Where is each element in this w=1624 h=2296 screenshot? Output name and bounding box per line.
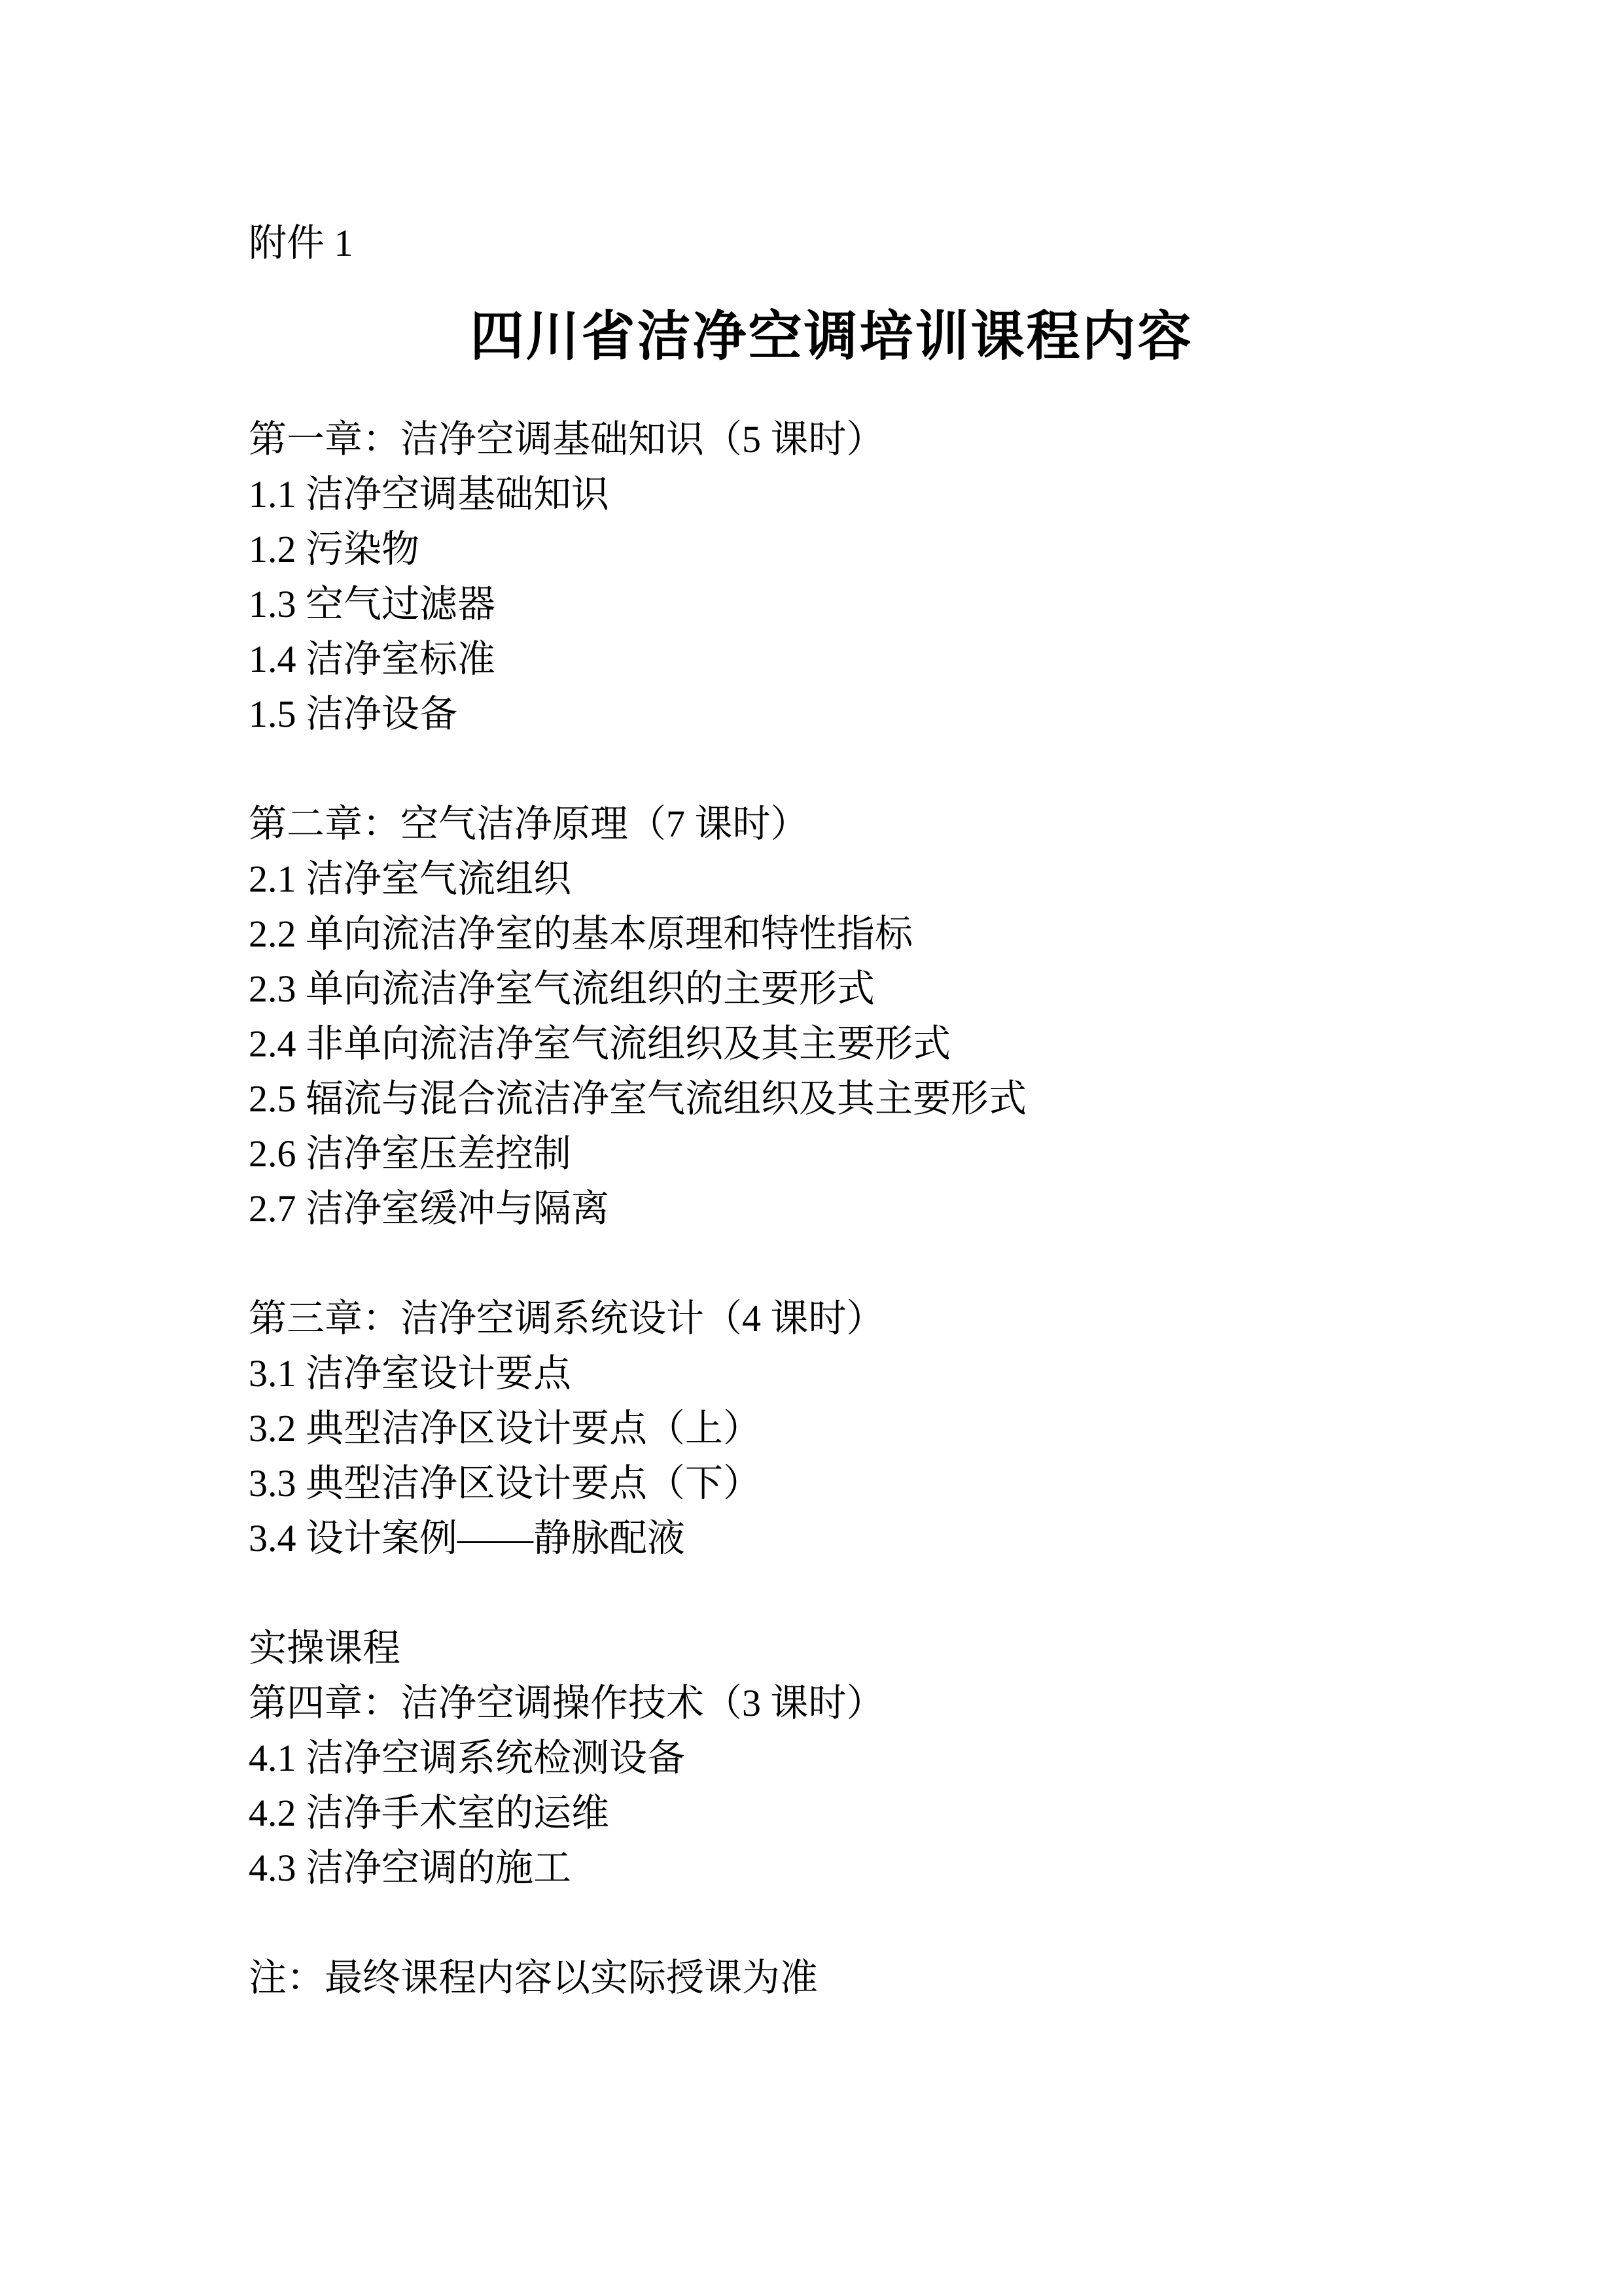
- chapter-1-heading: 第一章：洁净空调基础知识（5 课时）: [249, 412, 1415, 467]
- chapter-3-block: 第三章：洁净空调系统设计（4 课时） 3.1 洁净室设计要点 3.2 典型洁净区…: [249, 1291, 1415, 1566]
- practical-course-label: 实操课程: [249, 1621, 1415, 1676]
- chapter-4-item-2: 4.2 洁净手术室的运维: [249, 1786, 1415, 1841]
- chapter-4-heading: 第四章：洁净空调操作技术（3 课时）: [249, 1676, 1415, 1731]
- chapter-2-item-5: 2.5 辐流与混合流洁净室气流组织及其主要形式: [249, 1071, 1415, 1126]
- chapter-2-item-2: 2.2 单向流洁净室的基本原理和特性指标: [249, 907, 1415, 962]
- chapter-1-item-4: 1.4 洁净室标准: [249, 632, 1415, 687]
- chapter-2-heading: 第二章：空气洁净原理（7 课时）: [249, 797, 1415, 852]
- chapter-1-item-1: 1.1 洁净空调基础知识: [249, 467, 1415, 522]
- chapter-2-item-1: 2.1 洁净室气流组织: [249, 852, 1415, 907]
- chapter-1-item-3: 1.3 空气过滤器: [249, 577, 1415, 632]
- chapter-3-item-1: 3.1 洁净室设计要点: [249, 1346, 1415, 1401]
- chapter-4-item-1: 4.1 洁净空调系统检测设备: [249, 1731, 1415, 1786]
- chapter-3-item-2: 3.2 典型洁净区设计要点（上）: [249, 1401, 1415, 1456]
- document-page: 附件 1 四川省洁净空调培训课程内容 第一章：洁净空调基础知识（5 课时） 1.…: [0, 0, 1624, 2296]
- chapter-1-item-5: 1.5 洁净设备: [249, 687, 1415, 742]
- page-title: 四川省洁净空调培训课程内容: [249, 298, 1415, 376]
- chapter-3-item-4: 3.4 设计案例——静脉配液: [249, 1511, 1415, 1566]
- chapter-2-item-7: 2.7 洁净室缓冲与隔离: [249, 1181, 1415, 1236]
- chapter-4-block: 实操课程 第四章：洁净空调操作技术（3 课时） 4.1 洁净空调系统检测设备 4…: [249, 1621, 1415, 1896]
- chapter-4-item-3: 4.3 洁净空调的施工: [249, 1841, 1415, 1896]
- chapter-2-item-6: 2.6 洁净室压差控制: [249, 1126, 1415, 1181]
- note-line: 注：最终课程内容以实际授课为准: [249, 1951, 1415, 2006]
- chapter-3-item-3: 3.3 典型洁净区设计要点（下）: [249, 1456, 1415, 1511]
- chapter-2-block: 第二章：空气洁净原理（7 课时） 2.1 洁净室气流组织 2.2 单向流洁净室的…: [249, 797, 1415, 1236]
- chapter-1-block: 第一章：洁净空调基础知识（5 课时） 1.1 洁净空调基础知识 1.2 污染物 …: [249, 412, 1415, 742]
- chapter-2-item-3: 2.3 单向流洁净室气流组织的主要形式: [249, 962, 1415, 1017]
- chapter-3-heading: 第三章：洁净空调系统设计（4 课时）: [249, 1291, 1415, 1346]
- attachment-label: 附件 1: [249, 216, 1415, 271]
- chapter-1-item-2: 1.2 污染物: [249, 522, 1415, 577]
- document-content: 附件 1 四川省洁净空调培训课程内容 第一章：洁净空调基础知识（5 课时） 1.…: [0, 0, 1624, 2006]
- chapter-2-item-4: 2.4 非单向流洁净室气流组织及其主要形式: [249, 1017, 1415, 1071]
